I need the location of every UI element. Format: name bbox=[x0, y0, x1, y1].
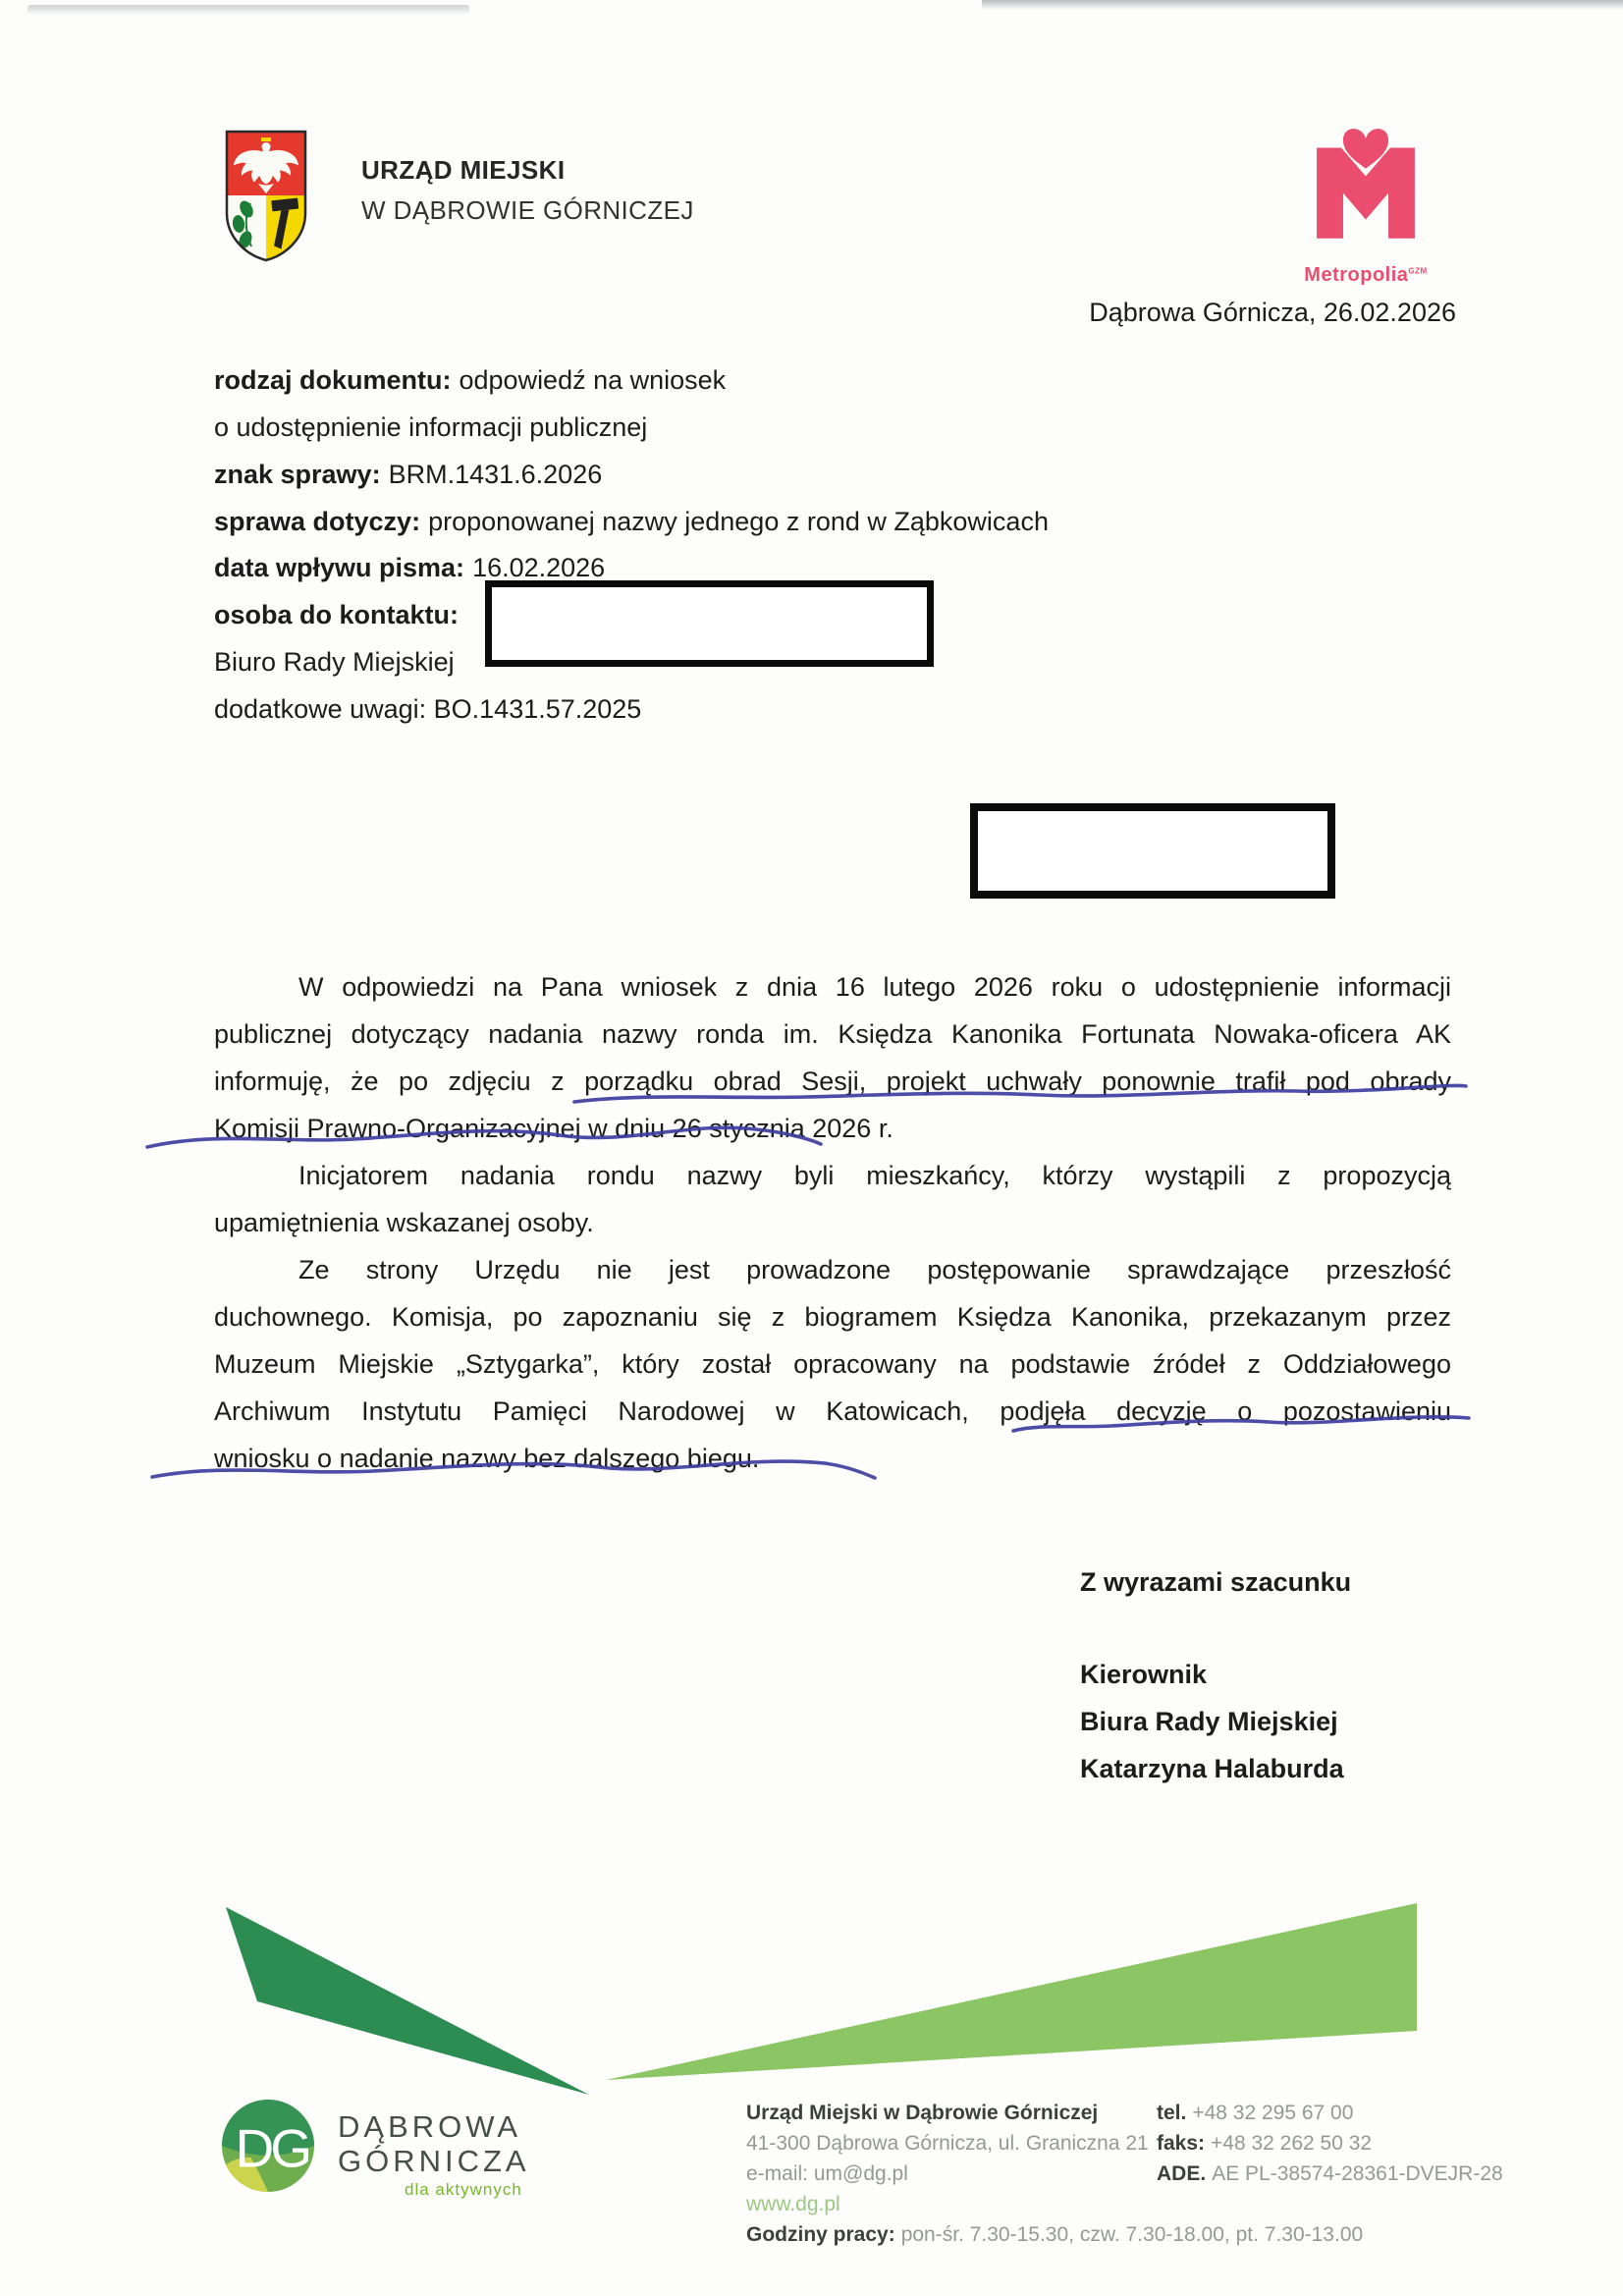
body-line: informuję, że po zdjęciu z porządku obra… bbox=[214, 1062, 1451, 1105]
meta-label: znak sprawy: bbox=[214, 460, 381, 489]
body-line: Ze strony Urzędu nie jest prowadzone pos… bbox=[214, 1250, 1451, 1293]
scan-artifact bbox=[27, 5, 469, 15]
body-line: Komisji Prawno-Organizacyjnej w dniu 26 … bbox=[214, 1109, 1451, 1152]
footer-faks-value: +48 32 262 50 32 bbox=[1211, 2132, 1372, 2155]
footer-tel-value: +48 32 295 67 00 bbox=[1192, 2102, 1353, 2124]
footer-website: www.dg.pl bbox=[746, 2193, 1363, 2214]
city-name-line2: GÓRNICZA bbox=[338, 2144, 530, 2178]
meta-value: dodatkowe uwagi: BO.1431.57.2025 bbox=[214, 694, 641, 724]
meta-case-number: znak sprawy:BRM.1431.6.2026 bbox=[214, 460, 602, 490]
meta-value: odpowiedź na wniosek bbox=[460, 365, 727, 395]
meta-value: proponowanej nazwy jednego z rond w Ząbk… bbox=[428, 507, 1049, 536]
footer-contact-column: tel.+48 32 295 67 00 faks:+48 32 262 50 … bbox=[1157, 2102, 1503, 2193]
meta-contact-office: Biuro Rady Miejskiej bbox=[214, 647, 455, 678]
metropolia-logo-block: MetropoliaGZM bbox=[1302, 114, 1430, 287]
body-line: wniosku o nadanie nazwy bez dalszego bie… bbox=[214, 1439, 1451, 1482]
office-name: URZĄD MIEJSKI W DĄBROWIE GÓRNICZEJ bbox=[361, 155, 694, 226]
city-coat-of-arms bbox=[224, 129, 308, 263]
signature-title2: Biura Rady Miejskiej bbox=[1080, 1707, 1338, 1737]
signature-title1: Kierownik bbox=[1080, 1660, 1207, 1690]
office-name-line2: W DĄBROWIE GÓRNICZEJ bbox=[361, 195, 694, 226]
footer-triangle-dark bbox=[226, 1907, 589, 2095]
svg-text:DG: DG bbox=[236, 2118, 309, 2179]
meta-value: BRM.1431.6.2026 bbox=[389, 460, 603, 489]
footer-tel-label: tel. bbox=[1157, 2102, 1186, 2124]
body-line: upamiętnienia wskazanej osoby. bbox=[214, 1203, 1451, 1246]
letter-page: URZĄD MIEJSKI W DĄBROWIE GÓRNICZEJ Metro… bbox=[0, 0, 1623, 2296]
metropolia-label: MetropoliaGZM bbox=[1302, 264, 1430, 287]
meta-value: o udostępnienie informacji publicznej bbox=[214, 412, 647, 442]
body-line: duchownego. Komisja, po zapoznaniu się z… bbox=[214, 1297, 1451, 1340]
meta-document-type: rodzaj dokumentu:odpowiedź na wniosek bbox=[214, 365, 726, 396]
meta-additional-notes: dodatkowe uwagi: BO.1431.57.2025 bbox=[214, 694, 641, 725]
body-line: publicznej dotyczący nadania nazwy ronda… bbox=[214, 1014, 1451, 1058]
signature-closing: Z wyrazami szacunku bbox=[1080, 1567, 1351, 1598]
footer-office-name: Urząd Miejski w Dąbrowie Górniczej bbox=[746, 2102, 1098, 2124]
dg-city-logo: DG bbox=[220, 2098, 316, 2194]
meta-received-date: data wpływu pisma:16.02.2026 bbox=[214, 553, 605, 583]
city-tagline: dla aktywnych bbox=[405, 2180, 522, 2200]
meta-value: Biuro Rady Miejskiej bbox=[214, 647, 455, 677]
scan-artifact bbox=[982, 0, 1623, 10]
meta-label: data wpływu pisma: bbox=[214, 553, 464, 582]
meta-subject: sprawa dotyczy:proponowanej nazwy jedneg… bbox=[214, 507, 1049, 537]
meta-contact-person: osoba do kontaktu: bbox=[214, 600, 466, 630]
footer-faks-label: faks: bbox=[1157, 2132, 1205, 2155]
signature-name: Katarzyna Halaburda bbox=[1080, 1754, 1344, 1784]
redaction-box-contact bbox=[485, 580, 934, 667]
footer-triangle-light bbox=[606, 1903, 1417, 2080]
body-line: Inicjatorem nadania rondu nazwy byli mie… bbox=[214, 1156, 1451, 1199]
metropolia-logo-icon bbox=[1307, 114, 1425, 255]
office-name-line1: URZĄD MIEJSKI bbox=[361, 155, 694, 186]
footer-ade-label: ADE. bbox=[1157, 2162, 1206, 2185]
meta-document-type-cont: o udostępnienie informacji publicznej bbox=[214, 412, 647, 443]
body-line: Archiwum Instytutu Pamięci Narodowej w K… bbox=[214, 1392, 1451, 1435]
meta-value: 16.02.2026 bbox=[472, 553, 605, 582]
meta-label: rodzaj dokumentu: bbox=[214, 365, 452, 395]
footer-hours-value: pon-śr. 7.30-15.30, czw. 7.30-18.00, pt.… bbox=[901, 2223, 1363, 2246]
footer-hours-label: Godziny pracy: bbox=[746, 2223, 895, 2246]
footer-triangles-graphic bbox=[147, 1895, 1473, 2102]
body-line: Muzeum Miejskie „Sztygarka”, który zosta… bbox=[214, 1344, 1451, 1388]
city-name: DĄBROWA GÓRNICZA bbox=[338, 2109, 530, 2178]
meta-label: sprawa dotyczy: bbox=[214, 507, 420, 536]
body-line: W odpowiedzi na Pana wniosek z dnia 16 l… bbox=[214, 967, 1451, 1011]
footer-ade-value: AE PL-38574-28361-DVEJR-28 bbox=[1212, 2162, 1503, 2185]
meta-label: osoba do kontaktu: bbox=[214, 600, 459, 629]
city-name-line1: DĄBROWA bbox=[338, 2109, 530, 2144]
date-line: Dąbrowa Górnicza, 26.02.2026 bbox=[1089, 298, 1456, 328]
redaction-box-addressee bbox=[970, 803, 1335, 899]
